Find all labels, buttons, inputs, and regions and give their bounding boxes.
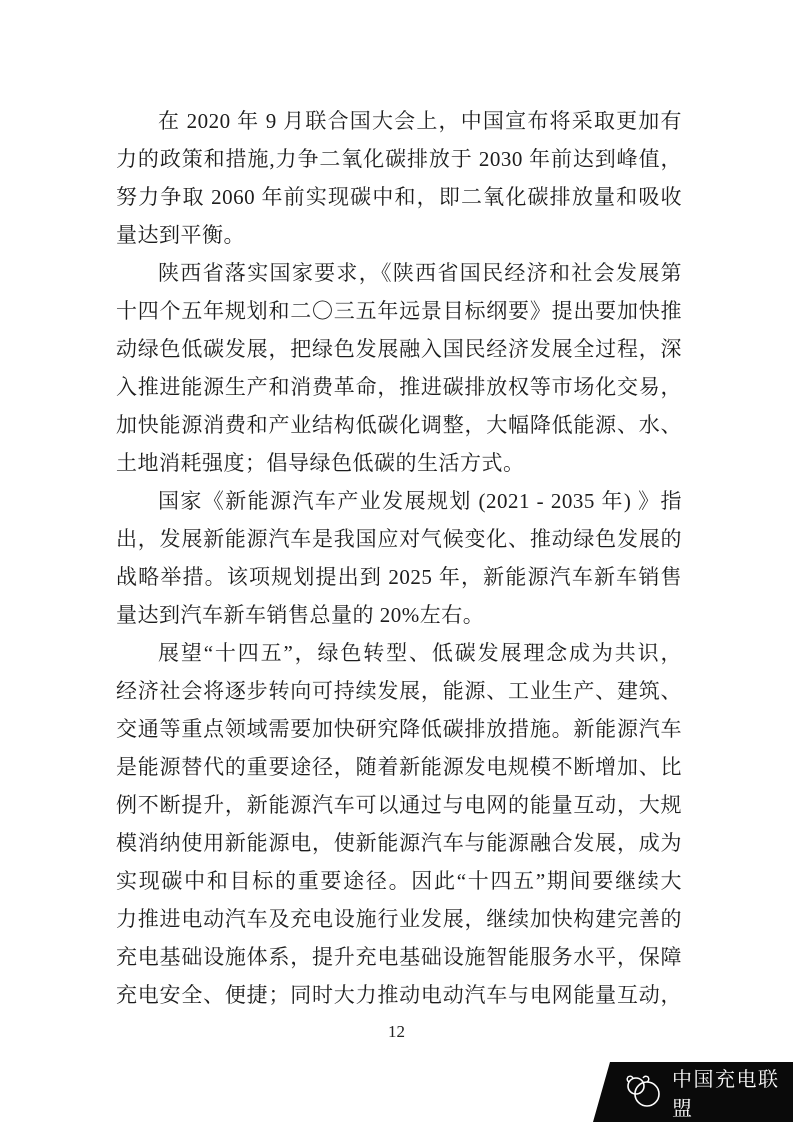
text-line: 国家《新能源汽车产业发展规划 (2021 - 2035 年) 》指 xyxy=(116,482,682,520)
text-line: 充电安全、便捷；同时大力推动电动汽车与电网能量互动， xyxy=(116,976,682,1014)
text-line: 量达到汽车新车销售总量的 20%左右。 xyxy=(116,596,682,634)
text-line: 入推进能源生产和消费革命，推进碳排放权等市场化交易， xyxy=(116,368,682,406)
charging-alliance-logo-icon xyxy=(623,1074,665,1110)
text-line: 努力争取 2060 年前实现碳中和，即二氧化碳排放量和吸收 xyxy=(116,178,682,216)
text-line: 是能源替代的重要途径，随着新能源发电规模不断增加、比 xyxy=(116,748,682,786)
text-line: 十四个五年规划和二〇三五年远景目标纲要》提出要加快推 xyxy=(116,292,682,330)
paragraph: 国家《新能源汽车产业发展规划 (2021 - 2035 年) 》指出，发展新能源… xyxy=(116,482,682,634)
paragraph: 在 2020 年 9 月联合国大会上，中国宣布将采取更加有力的政策和措施,力争二… xyxy=(116,102,682,254)
text-line: 出，发展新能源汽车是我国应对气候变化、推动绿色发展的 xyxy=(116,520,682,558)
watermark-banner: 中国充电联盟 xyxy=(593,1062,793,1122)
text-line: 力的政策和措施,力争二氧化碳排放于 2030 年前达到峰值， xyxy=(116,140,682,178)
text-line: 模消纳使用新能源电，使新能源汽车与能源融合发展，成为 xyxy=(116,824,682,862)
text-line: 交通等重点领域需要加快研究降低碳排放措施。新能源汽车 xyxy=(116,710,682,748)
paragraph: 展望“十四五”，绿色转型、低碳发展理念成为共识，经济社会将逐步转向可持续发展，能… xyxy=(116,634,682,1014)
paragraph: 陕西省落实国家要求，《陕西省国民经济和社会发展第十四个五年规划和二〇三五年远景目… xyxy=(116,254,682,482)
text-line: 力推进电动汽车及充电设施行业发展，继续加快构建完善的 xyxy=(116,900,682,938)
text-line: 在 2020 年 9 月联合国大会上，中国宣布将采取更加有 xyxy=(116,102,682,140)
page-number: 12 xyxy=(0,1022,793,1042)
text-line: 实现碳中和目标的重要途径。因此“十四五”期间要继续大 xyxy=(116,862,682,900)
text-line: 量达到平衡。 xyxy=(116,216,682,254)
text-line: 展望“十四五”，绿色转型、低碳发展理念成为共识， xyxy=(116,634,682,672)
text-line: 土地消耗强度；倡导绿色低碳的生活方式。 xyxy=(116,444,682,482)
text-line: 充电基础设施体系，提升充电基础设施智能服务水平，保障 xyxy=(116,938,682,976)
document-text-block: 在 2020 年 9 月联合国大会上，中国宣布将采取更加有力的政策和措施,力争二… xyxy=(116,102,682,1014)
text-line: 加快能源消费和产业结构低碳化调整，大幅降低能源、水、 xyxy=(116,406,682,444)
text-line: 经济社会将逐步转向可持续发展，能源、工业生产、建筑、 xyxy=(116,672,682,710)
text-line: 战略举措。该项规划提出到 2025 年，新能源汽车新车销售 xyxy=(116,558,682,596)
text-line: 例不断提升，新能源汽车可以通过与电网的能量互动，大规 xyxy=(116,786,682,824)
text-line: 动绿色低碳发展，把绿色发展融入国民经济发展全过程，深 xyxy=(116,330,682,368)
watermark-label: 中国充电联盟 xyxy=(672,1063,793,1121)
text-line: 陕西省落实国家要求，《陕西省国民经济和社会发展第 xyxy=(116,254,682,292)
